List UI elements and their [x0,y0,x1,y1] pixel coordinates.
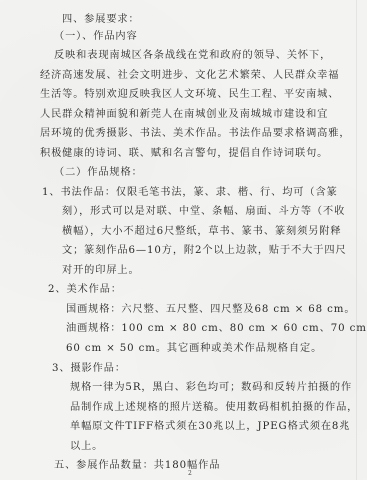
spec-photography: 规格一律为5R，黑白、彩色均可；数码和反转片拍摄的作 [70,381,352,394]
paragraph-line: 人民群众精神面貌和新莞人在南城创业及南城城市建设和宜 [40,108,328,121]
section-heading-requirements: 四、参展要求： [62,13,140,26]
paragraph-line: 经济高速发展、社会文明进步、文化艺术繁荣、人民群众幸福 [40,69,339,82]
paragraph-line: 积极健康的诗词、联、赋和名言警句，提倡自作诗词联句。 [40,147,328,160]
spec-oil-painting: 油画规格：100 cm × 80 cm、80 cm × 60 cm、70 cm … [66,322,367,335]
subsection-heading-content: （一）、作品内容 [54,30,138,43]
paragraph-line: 反映和表现南城区各条战线在党和政府的领导、关怀下， [54,49,331,62]
spec-guohua: 国画规格：六尺整、五尺整、四尺整及68 cm × 68 cm。 [66,303,355,316]
paragraph-line: 居环境的优秀摄影、书法、美术作品。书法作品要求格调高雅， [40,127,350,140]
spec-oil-painting-continuation: 60 cm × 50 cm。其它画种或美术作品规格自定。 [66,342,322,355]
spec-photography-continuation: 单幅原文件TIFF格式须在30兆以上，JPEG格式须在8兆 [70,420,350,433]
list-item-calligraphy: 1、书法作品：仅限毛笔书法，篆、隶、楷、行、均可（含篆 [42,186,338,199]
subsection-heading-specs: （二）作品规格： [54,166,143,179]
document-page: 四、参展要求： （一）、作品内容 反映和表现南城区各条战线在党和政府的领导、关怀… [0,0,367,480]
list-item-photography: 3、摄影作品： [52,362,126,375]
spec-photography-continuation: 品制作成上述规格的照片送稿。使用数码相机拍摄的作品， [70,401,358,414]
list-item-continuation: 文；篆刻作品6—10方，附2个以上边款，贴于不大于四尺 [62,244,347,257]
spec-photography-continuation: 以上。 [70,440,103,453]
section-heading-quantity: 五、参展作品数量：共180幅作品 [54,459,220,472]
list-item-continuation: 刻），形式可以是对联、中堂、条幅、扇面、斗方等（不收 [62,205,345,218]
list-item-continuation: 横幅），大小不超过6尺整纸，草书、篆书、篆刻须另附释 [62,225,341,238]
paragraph-line: 生活等。特别欢迎反映我区人文环境、民生工程、平安南城、 [40,88,339,101]
list-item-continuation: 对开的印屏上。 [62,264,140,277]
list-item-art: 2、美术作品： [48,283,122,296]
page-number: 2 [188,470,192,477]
